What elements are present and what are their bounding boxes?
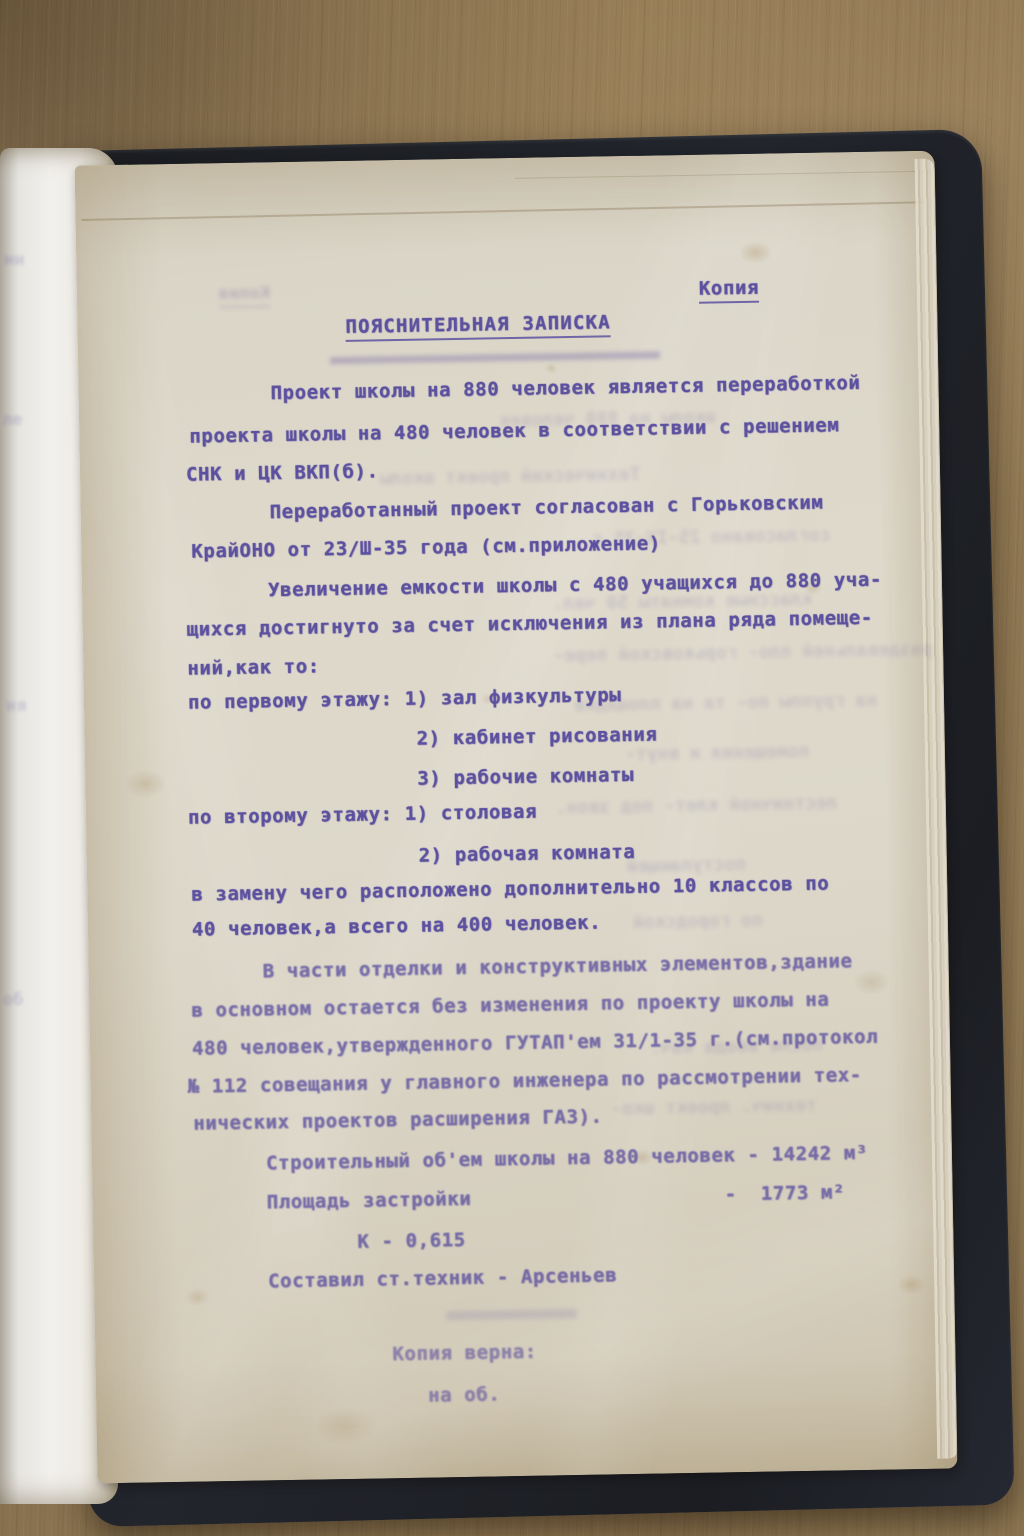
photo-of-document: { "colors": { "ink": "#564a9d", "paper":… — [0, 0, 1024, 1536]
wooden-table: ми ле ня об Копия Технический проект шко… — [0, 0, 1024, 1536]
photo-vignette — [0, 0, 1024, 1536]
